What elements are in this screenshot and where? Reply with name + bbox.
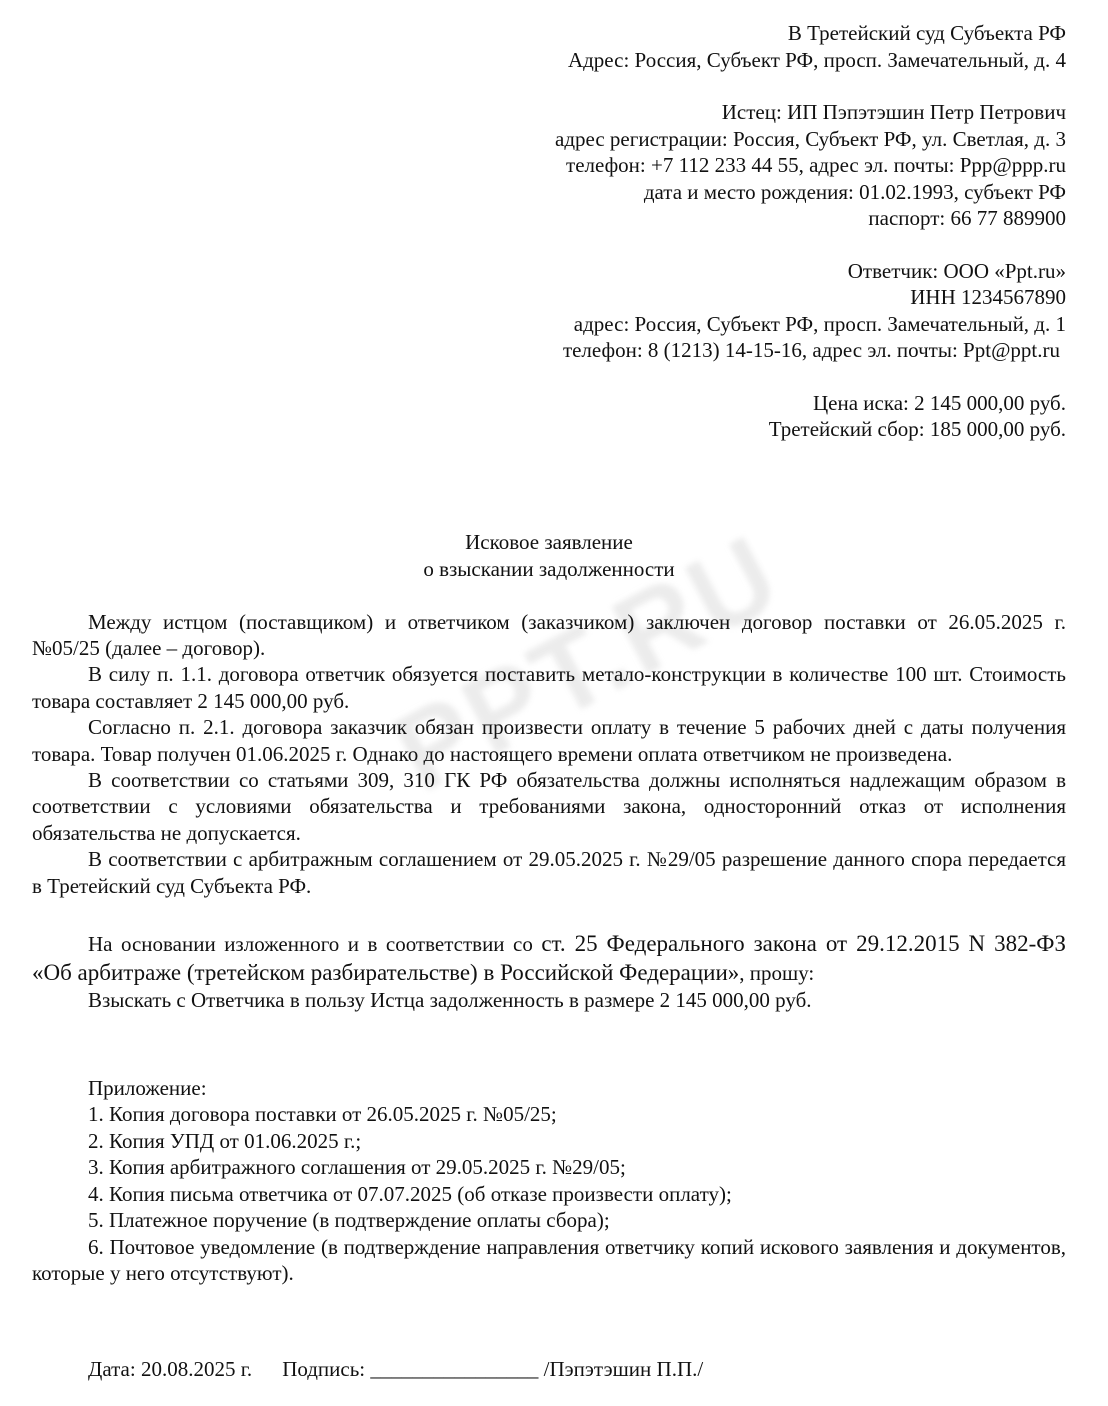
signature-name: /Пэпэтэшин П.П./ <box>538 1357 703 1381</box>
defendant-contacts: телефон: 8 (1213) 14-15-16, адрес эл. по… <box>32 337 1066 364</box>
document-page: В Третейский суд Субъекта РФ Адрес: Росс… <box>32 20 1066 1287</box>
attachment-item: 2. Копия УПД от 01.06.2025 г.; <box>32 1128 1066 1155</box>
body-paragraph: Согласно п. 2.1. договора заказчик обяза… <box>32 714 1066 767</box>
plaintiff-name: Истец: ИП Пэпэтэшин Петр Петрович <box>32 99 1066 126</box>
body-paragraph: В силу п. 1.1. договора ответчик обязует… <box>32 661 1066 714</box>
document-title: Исковое заявление о взыскании задолженно… <box>32 529 1066 583</box>
body-paragraph: В соответствии со статьями 309, 310 ГК Р… <box>32 767 1066 846</box>
attachments: Приложение: 1. Копия договора поставки о… <box>32 1075 1066 1287</box>
plaintiff-passport: паспорт: 66 77 889900 <box>32 205 1066 232</box>
signature-blank: ________________ <box>370 1357 538 1381</box>
attachments-heading: Приложение: <box>32 1075 1066 1102</box>
header-block: В Третейский суд Субъекта РФ Адрес: Росс… <box>32 20 1066 443</box>
plaintiff-address: адрес регистрации: Россия, Субъект РФ, у… <box>32 126 1066 153</box>
plaintiff-birth: дата и место рождения: 01.02.1993, субъе… <box>32 179 1066 206</box>
signature-line: Дата: 20.08.2025 г.Подпись: ____________… <box>88 1356 703 1382</box>
title-line-2: о взыскании задолженности <box>32 556 1066 583</box>
body-paragraph: Между истцом (поставщиком) и ответчиком … <box>32 609 1066 662</box>
claim-price: Цена иска: 2 145 000,00 руб. <box>32 390 1066 417</box>
request-text: Взыскать с Ответчика в пользу Истца задо… <box>32 987 1066 1013</box>
request-intro-start: На основании изложенного и в соответстви… <box>88 932 541 956</box>
attachment-item: 6. Почтовое уведомление (в подтверждение… <box>32 1234 1066 1287</box>
body-paragraph: В соответствии с арбитражным соглашением… <box>32 846 1066 899</box>
title-line-1: Исковое заявление <box>32 529 1066 556</box>
court-name: В Третейский суд Субъекта РФ <box>32 20 1066 47</box>
attachment-item: 4. Копия письма ответчика от 07.07.2025 … <box>32 1181 1066 1208</box>
attachment-item: 5. Платежное поручение (в подтверждение … <box>32 1207 1066 1234</box>
attachment-item: 3. Копия арбитражного соглашения от 29.0… <box>32 1154 1066 1181</box>
court-address: Адрес: Россия, Субъект РФ, просп. Замеча… <box>32 47 1066 74</box>
plaintiff-contacts: телефон: +7 112 233 44 55, адрес эл. поч… <box>32 152 1066 179</box>
defendant-inn: ИНН 1234567890 <box>32 284 1066 311</box>
attachment-item: 1. Копия договора поставки от 26.05.2025… <box>32 1101 1066 1128</box>
defendant-address: адрес: Россия, Субъект РФ, просп. Замеча… <box>32 311 1066 338</box>
defendant-name: Ответчик: ООО «Ppt.ru» <box>32 258 1066 285</box>
signature-label: Подпись: <box>282 1357 370 1381</box>
request-intro-end: , прошу: <box>739 961 814 985</box>
document-body: Между истцом (поставщиком) и ответчиком … <box>32 609 1066 1013</box>
request-intro: На основании изложенного и в соответстви… <box>32 929 1066 987</box>
arbitration-fee: Третейский сбор: 185 000,00 руб. <box>32 416 1066 443</box>
signature-date: Дата: 20.08.2025 г. <box>88 1357 252 1381</box>
